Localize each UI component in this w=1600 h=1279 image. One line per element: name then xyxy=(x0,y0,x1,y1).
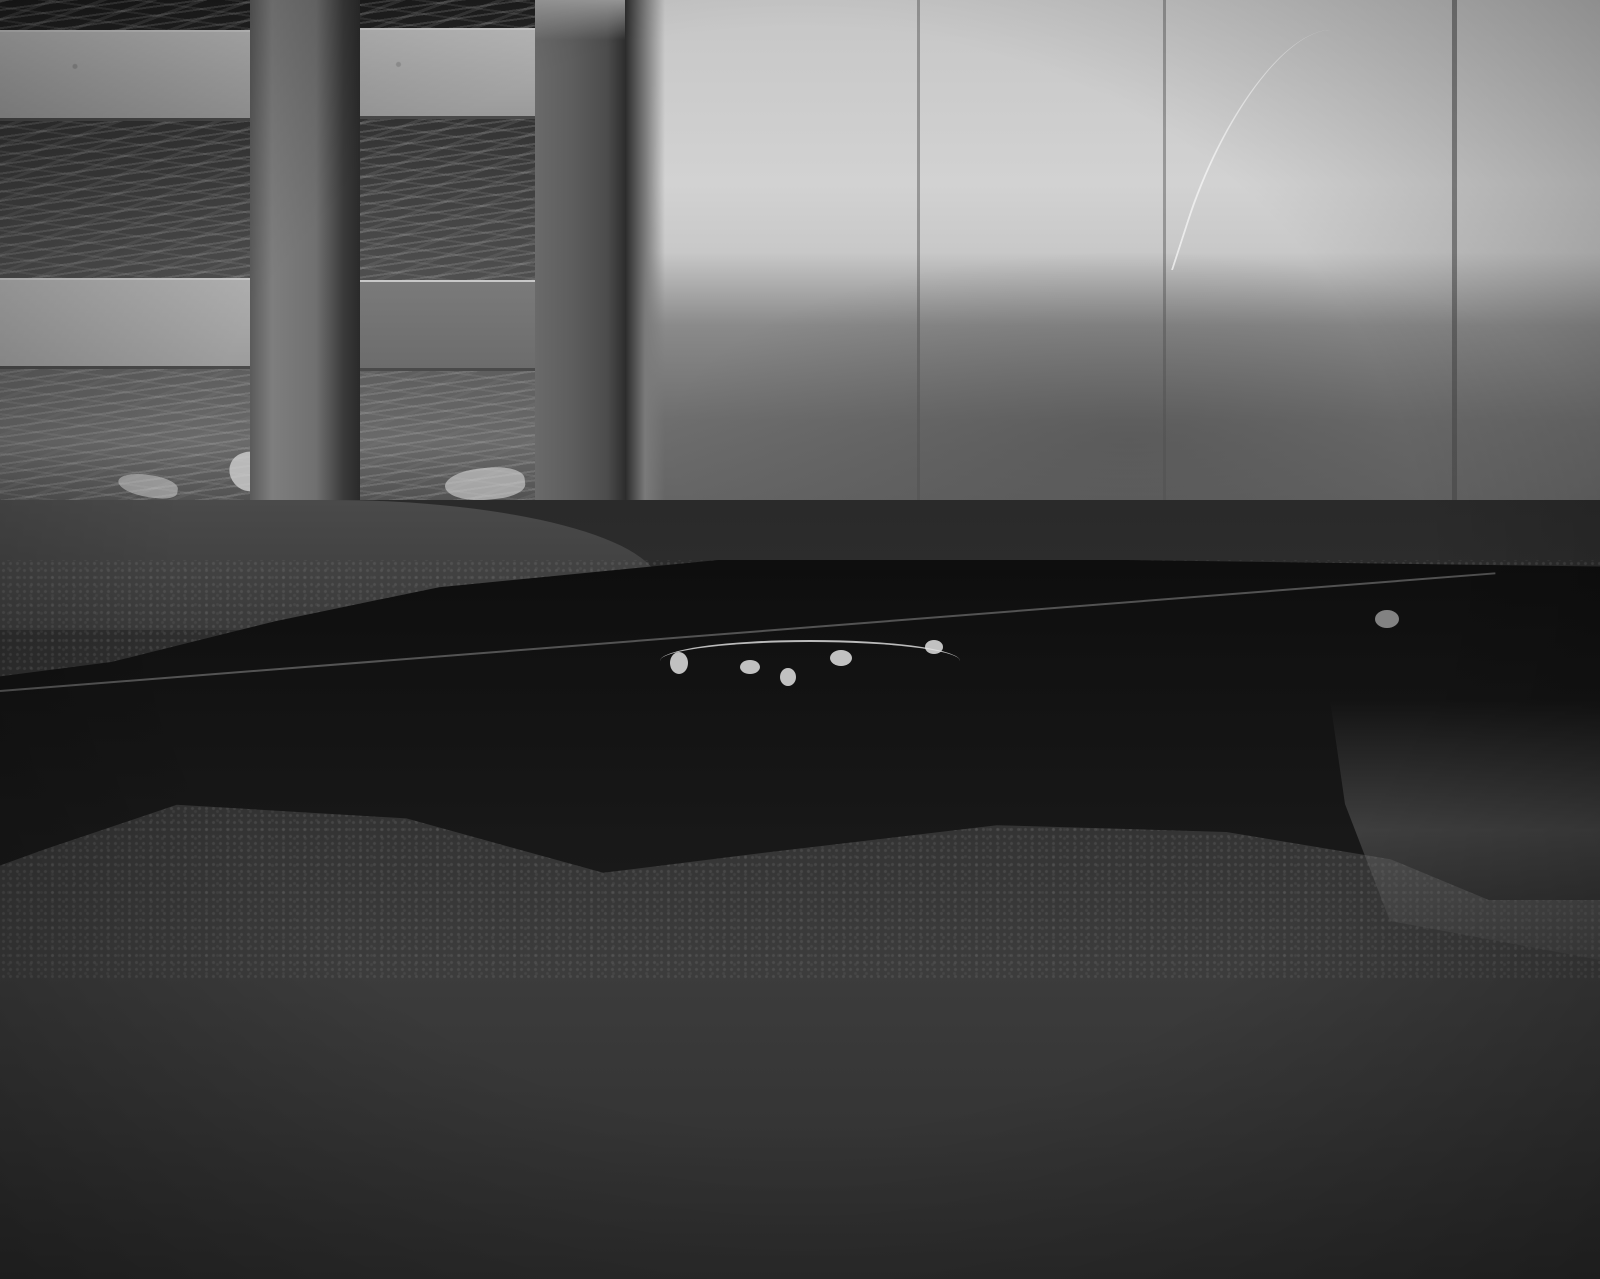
vignette xyxy=(0,0,1600,1279)
photograph: A shallow puddle in front of a concrete … xyxy=(0,0,1600,1279)
